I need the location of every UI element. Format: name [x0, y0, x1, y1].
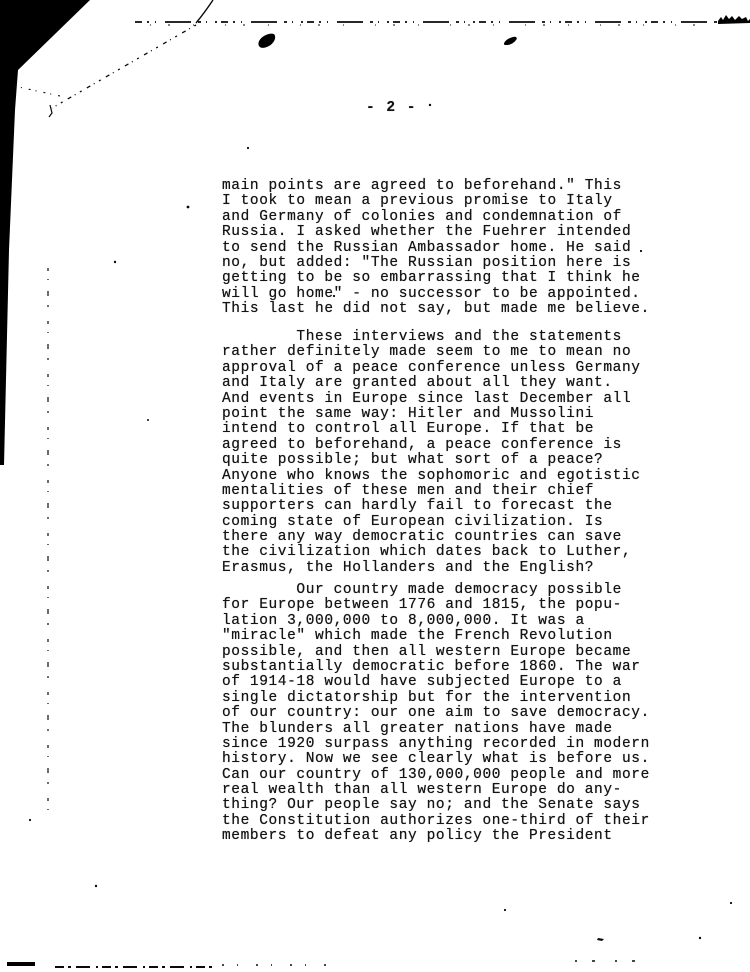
text-line: approval of a peace conference unless Ge…	[222, 361, 641, 376]
text-line: Anyone who knows the sophomoric and egot…	[222, 469, 641, 484]
text-line: will go home" - no successor to be appoi…	[222, 287, 650, 302]
text-line: agreed to beforehand, a peace conference…	[222, 438, 641, 453]
text-line: history. Now we see clearly what is befo…	[222, 752, 650, 767]
text-line: coming state of European civilization. I…	[222, 515, 641, 530]
scanned-document-page: - 2 - main points are agreed to beforeha…	[0, 0, 750, 972]
paragraph-3: Our country made democracy possiblefor E…	[222, 583, 650, 845]
crease-diagonal-dotted	[52, 25, 196, 108]
text-line: Russia. I asked whether the Fuehrer inte…	[222, 225, 650, 240]
text-line: getting to be so embarrassing that I thi…	[222, 271, 650, 286]
text-line: to send the Russian Ambassador home. He …	[222, 241, 650, 256]
text-line: rather definitely made seem to me to mea…	[222, 345, 641, 360]
ink-blot-left	[258, 34, 275, 48]
text-line: And events in Europe since last December…	[222, 392, 641, 407]
text-line: and Italy are granted about all they wan…	[222, 376, 641, 391]
text-line: Erasmus, the Hollanders and the English?	[222, 561, 641, 576]
text-line: of our country: our one aim to save demo…	[222, 706, 650, 721]
text-line: intend to control all Europe. If that be	[222, 422, 641, 437]
page-number: - 2 -	[366, 100, 417, 116]
text-line: I took to mean a previous promise to Ita…	[222, 194, 650, 209]
text-line: and Germany of colonies and condemnation…	[222, 210, 650, 225]
crease-curve	[196, 0, 213, 23]
text-line: the civilization which dates back to Lut…	[222, 545, 641, 560]
text-line: This last he did not say, but made me be…	[222, 302, 650, 317]
text-line: since 1920 surpass anything recorded in …	[222, 737, 650, 752]
text-line: "miracle" which made the French Revoluti…	[222, 629, 650, 644]
crease-tail-dotted	[14, 86, 60, 96]
top-right-smudge	[718, 15, 750, 24]
bottom-left-mark	[7, 962, 35, 966]
text-line: of 1914-18 would have subjected Europe t…	[222, 675, 650, 690]
text-line: lation 3,000,000 to 8,000,000. It was a	[222, 614, 650, 629]
paragraph-2: These interviews and the statementsrathe…	[222, 330, 641, 576]
text-line: mentalities of these men and their chief	[222, 484, 641, 499]
text-line: Can our country of 130,000,000 people an…	[222, 768, 650, 783]
text-line: members to defeat any policy the Preside…	[222, 829, 650, 844]
text-line: for Europe between 1776 and 1815, the po…	[222, 598, 650, 613]
paragraph-1: main points are agreed to beforehand." T…	[222, 179, 650, 318]
crease-hook	[49, 105, 52, 117]
text-line: quite possible; but what sort of a peace…	[222, 453, 641, 468]
text-line: single dictatorship but for the interven…	[222, 691, 650, 706]
text-line: possible, and then all western Europe be…	[222, 645, 650, 660]
text-line: supporters can hardly fail to forecast t…	[222, 499, 641, 514]
text-line: the Constitution authorizes one-third of…	[222, 814, 650, 829]
text-line: thing? Our people say no; and the Senate…	[222, 798, 650, 813]
bottom-far-right-mark	[597, 938, 604, 941]
fold-corner-shadow	[0, 0, 90, 465]
text-line: The blunders all greater nations have ma…	[222, 722, 650, 737]
ink-blot-right	[504, 37, 517, 45]
